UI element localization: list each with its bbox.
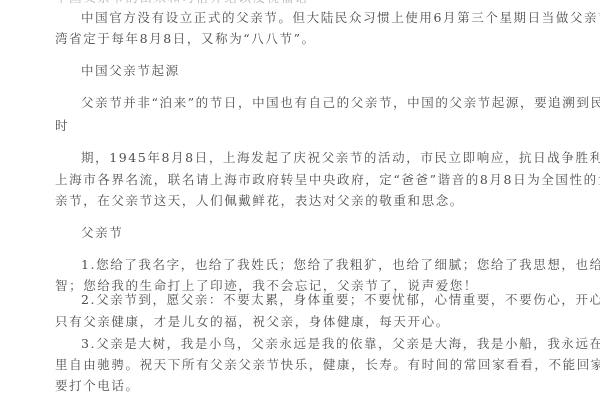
paragraph-line: 湾省定于每年8月8日，又称为“八八节”。 <box>55 31 545 47</box>
list-item-line: 2.父亲节到，愿父亲：不要太累，身体重要；不要忧郁，心情重要，不要伤心，开心重要… <box>81 292 545 308</box>
paragraph-line: 父亲节并非“泊来”的节日，中国也有自己的父亲节，中国的父亲节起源，要追溯到民国 <box>81 95 545 111</box>
paragraph-line: 时 <box>55 118 545 134</box>
list-item-line: 里自由驰骋。祝天下所有父亲父亲节快乐，健康，长寿。有时间的常回家看看，不能回家的… <box>55 357 545 373</box>
paragraph-line: 亲节，在父亲节这天，人们佩戴鲜花，表达对父亲的敬重和思念。 <box>55 193 545 209</box>
section-heading: 中国父亲节起源 <box>81 63 545 79</box>
list-item-line: 只有父亲健康，才是儿女的福，祝父亲，身体健康，每天开心。 <box>55 314 545 330</box>
list-item-line: 3.父亲是大树，我是小鸟，父亲永远是我的依靠，父亲是大海，我是小船，我永远在他怀 <box>81 336 545 352</box>
paragraph-line: 上海市各界名流，联名请上海市政府转呈中央政府，定“爸爸”谐音的8月8日为全国性的… <box>55 172 545 188</box>
paragraph-line: 中国官方没有设立正式的父亲节。但大陆民众习惯上使用6月第三个星期日当做父亲节；台 <box>81 10 545 26</box>
document-page: 中国父亲节的由来和习俗介绍以及祝福语 中国官方没有设立正式的父亲节。但大陆民众习… <box>0 0 600 400</box>
clipped-top-line: 中国父亲节的由来和习俗介绍以及祝福语 <box>55 0 545 6</box>
list-item-line: 1.您给了我名字，也给了我姓氏；您给了我粗犷，也给了细腻；您给了我思想，也给了我… <box>81 257 545 273</box>
list-item-line: 要打个电话。 <box>55 378 545 394</box>
paragraph-line: 期，1945年8月8日，上海发起了庆祝父亲节的活动，市民立即响应，抗日战争胜利后… <box>81 150 545 166</box>
section-heading: 父亲节 <box>81 225 545 241</box>
